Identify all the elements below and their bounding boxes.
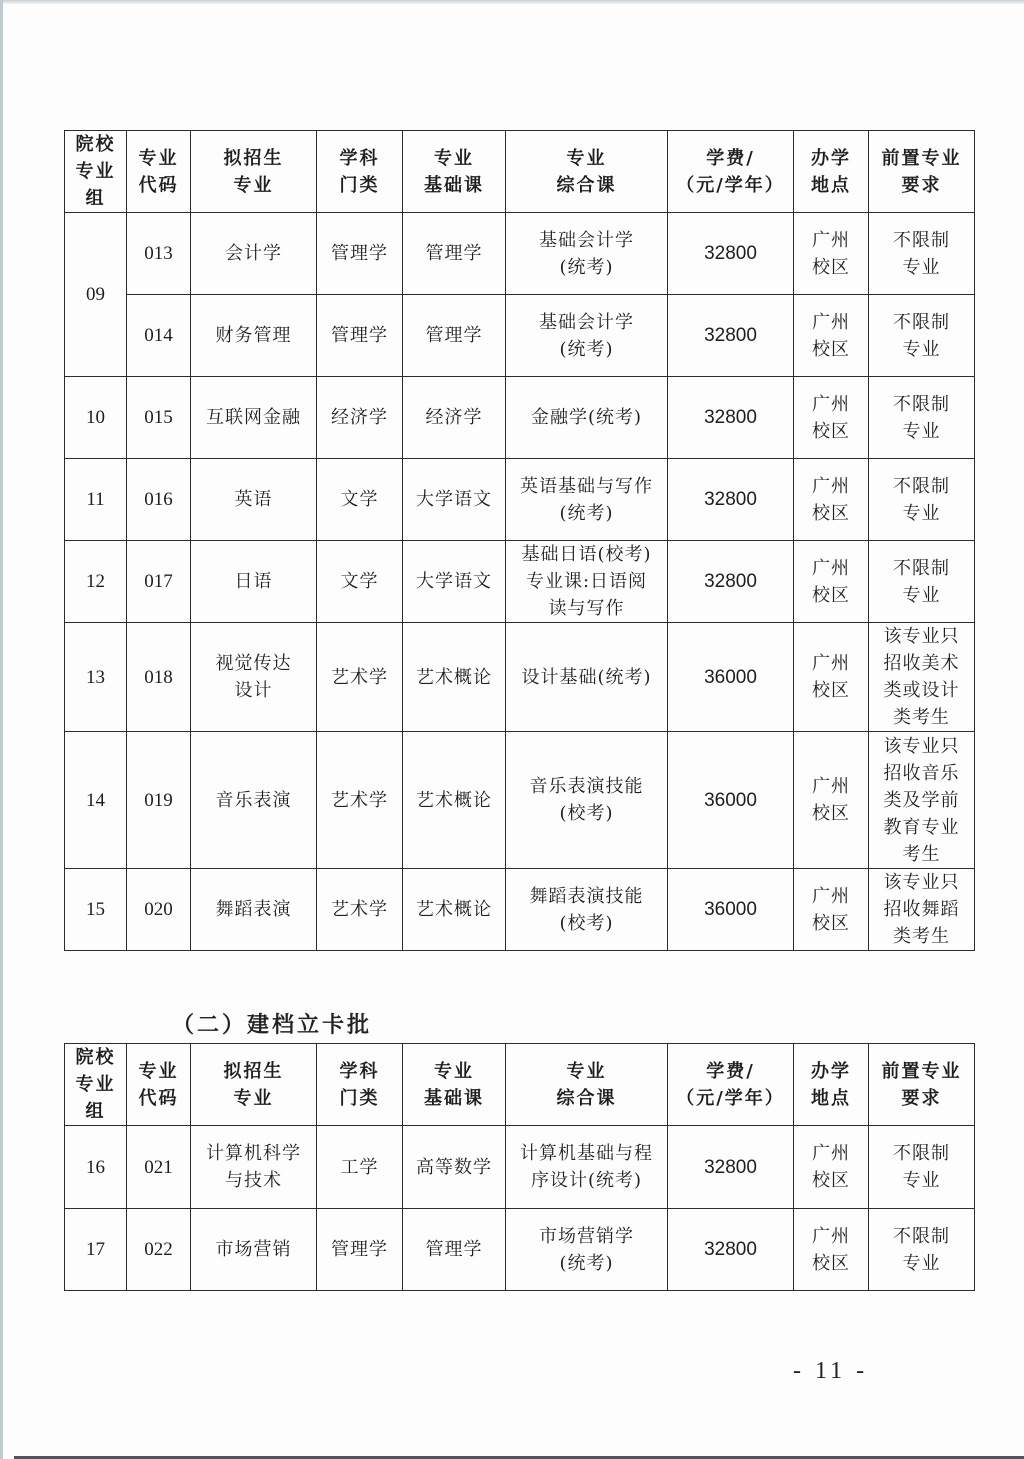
- cell-location: 广州校区: [794, 732, 869, 869]
- comprehensive-course-line: 计算机基础与程: [508, 1140, 665, 1167]
- major-line: 视觉传达: [193, 650, 314, 677]
- prerequisite-line: 专业: [871, 336, 972, 363]
- header-line: 专业: [405, 145, 503, 172]
- prerequisite-line: 专业: [871, 582, 972, 609]
- cell-code: 018: [127, 623, 191, 732]
- header-line: 学科: [319, 1058, 400, 1085]
- cell-location: 广州校区: [794, 541, 869, 623]
- comprehensive-course-line: (统考): [508, 336, 665, 363]
- comprehensive-course-line: 金融学(统考): [508, 404, 665, 431]
- cell-major: 日语: [191, 541, 317, 623]
- cell-major: 英语: [191, 459, 317, 541]
- major-line: 市场营销: [193, 1236, 314, 1263]
- header-line: 门类: [319, 172, 400, 199]
- table-row: 15020舞蹈表演艺术学艺术概论舞蹈表演技能(校考)36000广州校区该专业只招…: [65, 869, 975, 951]
- cell-group: 12: [65, 541, 127, 623]
- header-line: 地点: [796, 172, 866, 199]
- cell-basic-course: 管理学: [403, 1209, 506, 1291]
- cell-prerequisite: 不限制专业: [869, 1209, 975, 1291]
- cell-comprehensive-course: 基础会计学(统考): [506, 213, 668, 295]
- cell-code: 016: [127, 459, 191, 541]
- header-line: 专业: [129, 145, 188, 172]
- cell-major: 财务管理: [191, 295, 317, 377]
- cell-prerequisite: 不限制专业: [869, 1126, 975, 1209]
- cell-discipline: 管理学: [317, 295, 403, 377]
- prerequisite-line: 类或设计: [871, 677, 972, 704]
- cell-group: 17: [65, 1209, 127, 1291]
- comprehensive-course-line: 基础日语(校考): [508, 541, 665, 568]
- location-line: 广州: [796, 773, 866, 800]
- prerequisite-line: 不限制: [871, 309, 972, 336]
- cell-code: 017: [127, 541, 191, 623]
- header-line: 专业: [508, 145, 665, 172]
- cell-discipline: 艺术学: [317, 869, 403, 951]
- comprehensive-course-line: (校考): [508, 800, 665, 827]
- cell-location: 广州校区: [794, 869, 869, 951]
- location-line: 校区: [796, 254, 866, 281]
- location-line: 广州: [796, 1140, 866, 1167]
- column-header-tuition: 学费/（元/学年）: [668, 131, 794, 213]
- prerequisite-line: 该专业只: [871, 623, 972, 650]
- cell-group: 15: [65, 869, 127, 951]
- location-line: 广州: [796, 650, 866, 677]
- cell-major: 互联网金融: [191, 377, 317, 459]
- prerequisite-line: 类考生: [871, 923, 972, 950]
- header-line: 基础课: [405, 1085, 503, 1112]
- cell-prerequisite: 该专业只招收音乐类及学前教育专业考生: [869, 732, 975, 869]
- header-line: 专业: [67, 1071, 124, 1098]
- header-line: 基础课: [405, 172, 503, 199]
- prerequisite-line: 招收舞蹈: [871, 896, 972, 923]
- prerequisite-line: 教育专业: [871, 814, 972, 841]
- header-line: 代码: [129, 172, 188, 199]
- table-row: 12017日语文学大学语文基础日语(校考)专业课:日语阅读与写作32800广州校…: [65, 541, 975, 623]
- cell-comprehensive-course: 基础会计学(统考): [506, 295, 668, 377]
- cell-prerequisite: 不限制专业: [869, 541, 975, 623]
- prerequisite-line: 专业: [871, 500, 972, 527]
- header-line: 前置专业: [871, 1058, 972, 1085]
- column-header-code: 专业代码: [127, 131, 191, 213]
- header-line: 学科: [319, 145, 400, 172]
- comprehensive-course-line: 序设计(统考): [508, 1167, 665, 1194]
- header-line: 学费/: [670, 1058, 791, 1085]
- cell-tuition: 32800: [668, 1209, 794, 1291]
- cell-tuition: 32800: [668, 1126, 794, 1209]
- header-line: 专业: [193, 172, 314, 199]
- major-line: 舞蹈表演: [193, 896, 314, 923]
- cell-location: 广州校区: [794, 295, 869, 377]
- prerequisite-line: 不限制: [871, 1140, 972, 1167]
- cell-discipline: 经济学: [317, 377, 403, 459]
- comprehensive-course-line: 英语基础与写作: [508, 473, 665, 500]
- cell-group: 14: [65, 732, 127, 869]
- prerequisite-line: 招收音乐: [871, 760, 972, 787]
- location-line: 校区: [796, 582, 866, 609]
- column-header-prerequisite: 前置专业要求: [869, 131, 975, 213]
- header-line: 拟招生: [193, 1058, 314, 1085]
- section-heading-poverty-batch: （二）建档立卡批: [172, 1008, 372, 1039]
- cell-code: 019: [127, 732, 191, 869]
- cell-basic-course: 经济学: [403, 377, 506, 459]
- header-line: （元/学年）: [670, 1085, 791, 1112]
- comprehensive-course-line: (统考): [508, 254, 665, 281]
- column-header-tuition: 学费/（元/学年）: [668, 1044, 794, 1126]
- location-line: 校区: [796, 910, 866, 937]
- cell-location: 广州校区: [794, 1209, 869, 1291]
- cell-code: 014: [127, 295, 191, 377]
- prerequisite-line: 不限制: [871, 555, 972, 582]
- major-line: 设计: [193, 677, 314, 704]
- cell-basic-course: 艺术概论: [403, 869, 506, 951]
- cell-group: 13: [65, 623, 127, 732]
- cell-major: 视觉传达设计: [191, 623, 317, 732]
- comprehensive-course-line: 基础会计学: [508, 309, 665, 336]
- major-line: 计算机科学: [193, 1140, 314, 1167]
- header-line: 门类: [319, 1085, 400, 1112]
- location-line: 广州: [796, 391, 866, 418]
- comprehensive-course-line: (校考): [508, 910, 665, 937]
- cell-basic-course: 高等数学: [403, 1126, 506, 1209]
- cell-major: 计算机科学与技术: [191, 1126, 317, 1209]
- comprehensive-course-line: 基础会计学: [508, 227, 665, 254]
- location-line: 广州: [796, 555, 866, 582]
- prerequisite-line: 该专业只: [871, 869, 972, 896]
- prerequisite-line: 该专业只: [871, 733, 972, 760]
- page-number: - 11 -: [793, 1358, 868, 1385]
- comprehensive-course-line: 音乐表演技能: [508, 773, 665, 800]
- table-row: 17022市场营销管理学管理学市场营销学(统考)32800广州校区不限制专业: [65, 1209, 975, 1291]
- table-row: 014财务管理管理学管理学基础会计学(统考)32800广州校区不限制专业: [65, 295, 975, 377]
- location-line: 校区: [796, 500, 866, 527]
- table-row: 10015互联网金融经济学经济学金融学(统考)32800广州校区不限制专业: [65, 377, 975, 459]
- header-line: 组: [67, 185, 124, 212]
- header-line: 专业: [405, 1058, 503, 1085]
- cell-prerequisite: 该专业只招收美术类或设计类考生: [869, 623, 975, 732]
- header-line: 要求: [871, 172, 972, 199]
- cell-discipline: 工学: [317, 1126, 403, 1209]
- cell-tuition: 32800: [668, 377, 794, 459]
- cell-comprehensive-course: 金融学(统考): [506, 377, 668, 459]
- column-header-comprehensive-course: 专业综合课: [506, 131, 668, 213]
- cell-comprehensive-course: 音乐表演技能(校考): [506, 732, 668, 869]
- header-line: 办学: [796, 145, 866, 172]
- cell-discipline: 管理学: [317, 213, 403, 295]
- cell-basic-course: 艺术概论: [403, 732, 506, 869]
- location-line: 校区: [796, 1167, 866, 1194]
- cell-major: 舞蹈表演: [191, 869, 317, 951]
- cell-discipline: 文学: [317, 541, 403, 623]
- cell-major: 音乐表演: [191, 732, 317, 869]
- cell-basic-course: 大学语文: [403, 459, 506, 541]
- comprehensive-course-line: 市场营销学: [508, 1223, 665, 1250]
- cell-location: 广州校区: [794, 1126, 869, 1209]
- major-line: 互联网金融: [193, 404, 314, 431]
- scan-edge-top: [0, 0, 1024, 4]
- header-line: 专业: [508, 1058, 665, 1085]
- cell-location: 广州校区: [794, 377, 869, 459]
- location-line: 广州: [796, 473, 866, 500]
- comprehensive-course-line: 专业课:日语阅: [508, 568, 665, 595]
- location-line: 校区: [796, 418, 866, 445]
- table-row: 11016英语文学大学语文英语基础与写作(统考)32800广州校区不限制专业: [65, 459, 975, 541]
- cell-tuition: 36000: [668, 869, 794, 951]
- column-header-discipline: 学科门类: [317, 1044, 403, 1126]
- cell-basic-course: 管理学: [403, 295, 506, 377]
- prerequisite-line: 专业: [871, 1250, 972, 1277]
- header-line: 办学: [796, 1058, 866, 1085]
- table-row: 16021计算机科学与技术工学高等数学计算机基础与程序设计(统考)32800广州…: [65, 1126, 975, 1209]
- column-header-prerequisite: 前置专业要求: [869, 1044, 975, 1126]
- cell-code: 015: [127, 377, 191, 459]
- location-line: 校区: [796, 800, 866, 827]
- column-header-code: 专业代码: [127, 1044, 191, 1126]
- prerequisite-line: 类考生: [871, 704, 972, 731]
- prerequisite-line: 不限制: [871, 227, 972, 254]
- location-line: 广州: [796, 227, 866, 254]
- comprehensive-course-line: 读与写作: [508, 595, 665, 622]
- prerequisite-line: 不限制: [871, 1223, 972, 1250]
- header-line: 学费/: [670, 145, 791, 172]
- major-line: 英语: [193, 486, 314, 513]
- cell-basic-course: 艺术概论: [403, 623, 506, 732]
- location-line: 校区: [796, 677, 866, 704]
- cell-comprehensive-course: 设计基础(统考): [506, 623, 668, 732]
- comprehensive-course-line: 设计基础(统考): [508, 664, 665, 691]
- header-line: 组: [67, 1098, 124, 1125]
- header-line: 综合课: [508, 1085, 665, 1112]
- column-header-comprehensive-course: 专业综合课: [506, 1044, 668, 1126]
- header-line: 代码: [129, 1085, 188, 1112]
- major-line: 与技术: [193, 1167, 314, 1194]
- location-line: 广州: [796, 883, 866, 910]
- prerequisite-line: 招收美术: [871, 650, 972, 677]
- header-line: 专业: [67, 158, 124, 185]
- cell-group: 16: [65, 1126, 127, 1209]
- comprehensive-course-line: (统考): [508, 500, 665, 527]
- header-line: 综合课: [508, 172, 665, 199]
- column-header-major: 拟招生专业: [191, 131, 317, 213]
- scan-edge-left: [0, 0, 3, 1459]
- cell-comprehensive-course: 舞蹈表演技能(校考): [506, 869, 668, 951]
- column-header-major: 拟招生专业: [191, 1044, 317, 1126]
- header-line: 拟招生: [193, 145, 314, 172]
- major-line: 财务管理: [193, 322, 314, 349]
- cell-discipline: 文学: [317, 459, 403, 541]
- cell-prerequisite: 不限制专业: [869, 295, 975, 377]
- column-header-location: 办学地点: [794, 1044, 869, 1126]
- major-line: 音乐表演: [193, 787, 314, 814]
- cell-tuition: 32800: [668, 213, 794, 295]
- prerequisite-line: 专业: [871, 418, 972, 445]
- cell-discipline: 艺术学: [317, 732, 403, 869]
- column-header-basic-course: 专业基础课: [403, 131, 506, 213]
- cell-group: 09: [65, 213, 127, 377]
- cell-prerequisite: 不限制专业: [869, 377, 975, 459]
- table-header-row: 院校专业组专业代码拟招生专业学科门类专业基础课专业综合课学费/（元/学年）办学地…: [65, 131, 975, 213]
- cell-group: 10: [65, 377, 127, 459]
- cell-location: 广州校区: [794, 213, 869, 295]
- cell-code: 021: [127, 1126, 191, 1209]
- header-line: 专业: [193, 1085, 314, 1112]
- header-line: 院校: [67, 1044, 124, 1071]
- cell-tuition: 32800: [668, 541, 794, 623]
- cell-comprehensive-course: 计算机基础与程序设计(统考): [506, 1126, 668, 1209]
- cell-code: 013: [127, 213, 191, 295]
- cell-tuition: 32800: [668, 459, 794, 541]
- major-line: 日语: [193, 568, 314, 595]
- header-line: 前置专业: [871, 145, 972, 172]
- location-line: 校区: [796, 336, 866, 363]
- cell-prerequisite: 不限制专业: [869, 459, 975, 541]
- cell-location: 广州校区: [794, 459, 869, 541]
- column-header-location: 办学地点: [794, 131, 869, 213]
- column-header-discipline: 学科门类: [317, 131, 403, 213]
- major-line: 会计学: [193, 240, 314, 267]
- cell-major: 市场营销: [191, 1209, 317, 1291]
- prerequisite-line: 不限制: [871, 391, 972, 418]
- prerequisite-line: 考生: [871, 841, 972, 868]
- location-line: 广州: [796, 1223, 866, 1250]
- table-header-row: 院校专业组专业代码拟招生专业学科门类专业基础课专业综合课学费/（元/学年）办学地…: [65, 1044, 975, 1126]
- cell-code: 020: [127, 869, 191, 951]
- cell-discipline: 管理学: [317, 1209, 403, 1291]
- table-row: 14019音乐表演艺术学艺术概论音乐表演技能(校考)36000广州校区该专业只招…: [65, 732, 975, 869]
- prerequisite-line: 类及学前: [871, 787, 972, 814]
- header-line: 院校: [67, 131, 124, 158]
- header-line: （元/学年）: [670, 172, 791, 199]
- comprehensive-course-line: 舞蹈表演技能: [508, 883, 665, 910]
- column-header-group: 院校专业组: [65, 131, 127, 213]
- table-row: 09013会计学管理学管理学基础会计学(统考)32800广州校区不限制专业: [65, 213, 975, 295]
- prerequisite-line: 专业: [871, 1167, 972, 1194]
- cell-tuition: 36000: [668, 623, 794, 732]
- prerequisite-line: 专业: [871, 254, 972, 281]
- cell-major: 会计学: [191, 213, 317, 295]
- cell-comprehensive-course: 基础日语(校考)专业课:日语阅读与写作: [506, 541, 668, 623]
- cell-group: 11: [65, 459, 127, 541]
- cell-comprehensive-course: 英语基础与写作(统考): [506, 459, 668, 541]
- cell-location: 广州校区: [794, 623, 869, 732]
- cell-basic-course: 大学语文: [403, 541, 506, 623]
- cell-basic-course: 管理学: [403, 213, 506, 295]
- header-line: 地点: [796, 1085, 866, 1112]
- cell-prerequisite: 该专业只招收舞蹈类考生: [869, 869, 975, 951]
- column-header-group: 院校专业组: [65, 1044, 127, 1126]
- majors-table-general: 院校专业组专业代码拟招生专业学科门类专业基础课专业综合课学费/（元/学年）办学地…: [64, 130, 975, 951]
- location-line: 校区: [796, 1250, 866, 1277]
- column-header-basic-course: 专业基础课: [403, 1044, 506, 1126]
- prerequisite-line: 不限制: [871, 473, 972, 500]
- cell-discipline: 艺术学: [317, 623, 403, 732]
- cell-comprehensive-course: 市场营销学(统考): [506, 1209, 668, 1291]
- header-line: 专业: [129, 1058, 188, 1085]
- majors-table-poverty-batch: 院校专业组专业代码拟招生专业学科门类专业基础课专业综合课学费/（元/学年）办学地…: [64, 1043, 975, 1291]
- comprehensive-course-line: (统考): [508, 1250, 665, 1277]
- header-line: 要求: [871, 1085, 972, 1112]
- cell-tuition: 32800: [668, 295, 794, 377]
- cell-tuition: 36000: [668, 732, 794, 869]
- cell-prerequisite: 不限制专业: [869, 213, 975, 295]
- cell-code: 022: [127, 1209, 191, 1291]
- location-line: 广州: [796, 309, 866, 336]
- table-row: 13018视觉传达设计艺术学艺术概论设计基础(统考)36000广州校区该专业只招…: [65, 623, 975, 732]
